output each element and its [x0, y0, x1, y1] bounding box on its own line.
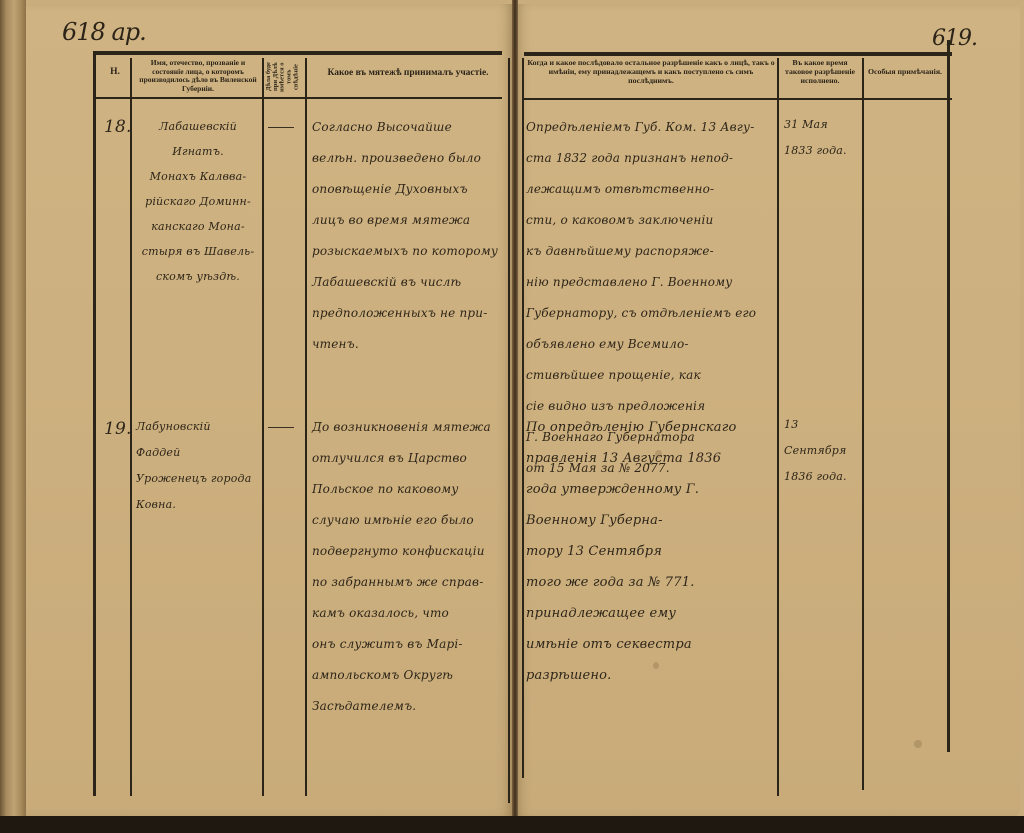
left-border-rule — [93, 51, 96, 796]
entry-name: Лабашевскій Игнатъ. Монахъ Калвва- рійск… — [136, 114, 260, 289]
book-bottom-edge — [0, 816, 1024, 833]
entry-name: Лабуновскій Фаддей Уроженецъ города Ковн… — [136, 414, 260, 518]
header-executed: Въ какое время таковое разрѣшеніе исполн… — [780, 59, 860, 86]
header-number: Н. — [104, 67, 126, 78]
entry-case-dash — [268, 427, 294, 428]
folio-number-right: 619. — [932, 26, 977, 51]
entry-participation: Согласно Высочайше велѣн. произведено бы… — [312, 112, 508, 360]
header-bottom-rule-left — [96, 97, 502, 99]
header-decision: Когда и какое послѣдовало остальное разр… — [526, 59, 776, 86]
entry-executed: 13 Сентября 1836 года. — [784, 412, 860, 490]
col-divider — [508, 58, 510, 803]
stain-spot — [914, 740, 922, 748]
header-bottom-rule-right — [524, 98, 952, 100]
header-top-rule-left — [96, 51, 502, 55]
entry-participation: До возникновенія мятежа отлучился въ Цар… — [312, 412, 508, 722]
col-divider — [777, 58, 779, 796]
header-case-note: Дѣла буде при Дѣлѣ имѣется о томъ свѣдѣн… — [266, 58, 302, 96]
col-divider — [862, 58, 864, 790]
ledger-spread: 618 ap. 619. Н. Имя, отечество, прозвані… — [0, 0, 1024, 823]
header-remarks: Особыя примѣчанія. — [864, 68, 946, 77]
binding-edge — [0, 0, 26, 823]
col-divider — [522, 58, 524, 778]
entry-case-dash — [268, 127, 294, 128]
header-participation: Какое въ мятежѣ принималъ участіе. — [310, 68, 506, 79]
entry-number: 19. — [104, 414, 132, 444]
col-divider — [305, 58, 307, 796]
right-border-rule — [947, 40, 950, 752]
entry-number: 18. — [104, 112, 132, 142]
entry-executed: 31 Мая 1833 года. — [784, 112, 860, 164]
entry-decision: По опредѣленію Губернскаго правленія 13 … — [526, 412, 776, 691]
col-divider — [262, 58, 264, 796]
header-top-rule-right — [524, 52, 952, 56]
header-name: Имя, отечество, прозваніе и состояніе ли… — [136, 59, 260, 94]
page-gutter — [512, 0, 518, 823]
folio-number-left: 618 ap. — [62, 18, 146, 46]
